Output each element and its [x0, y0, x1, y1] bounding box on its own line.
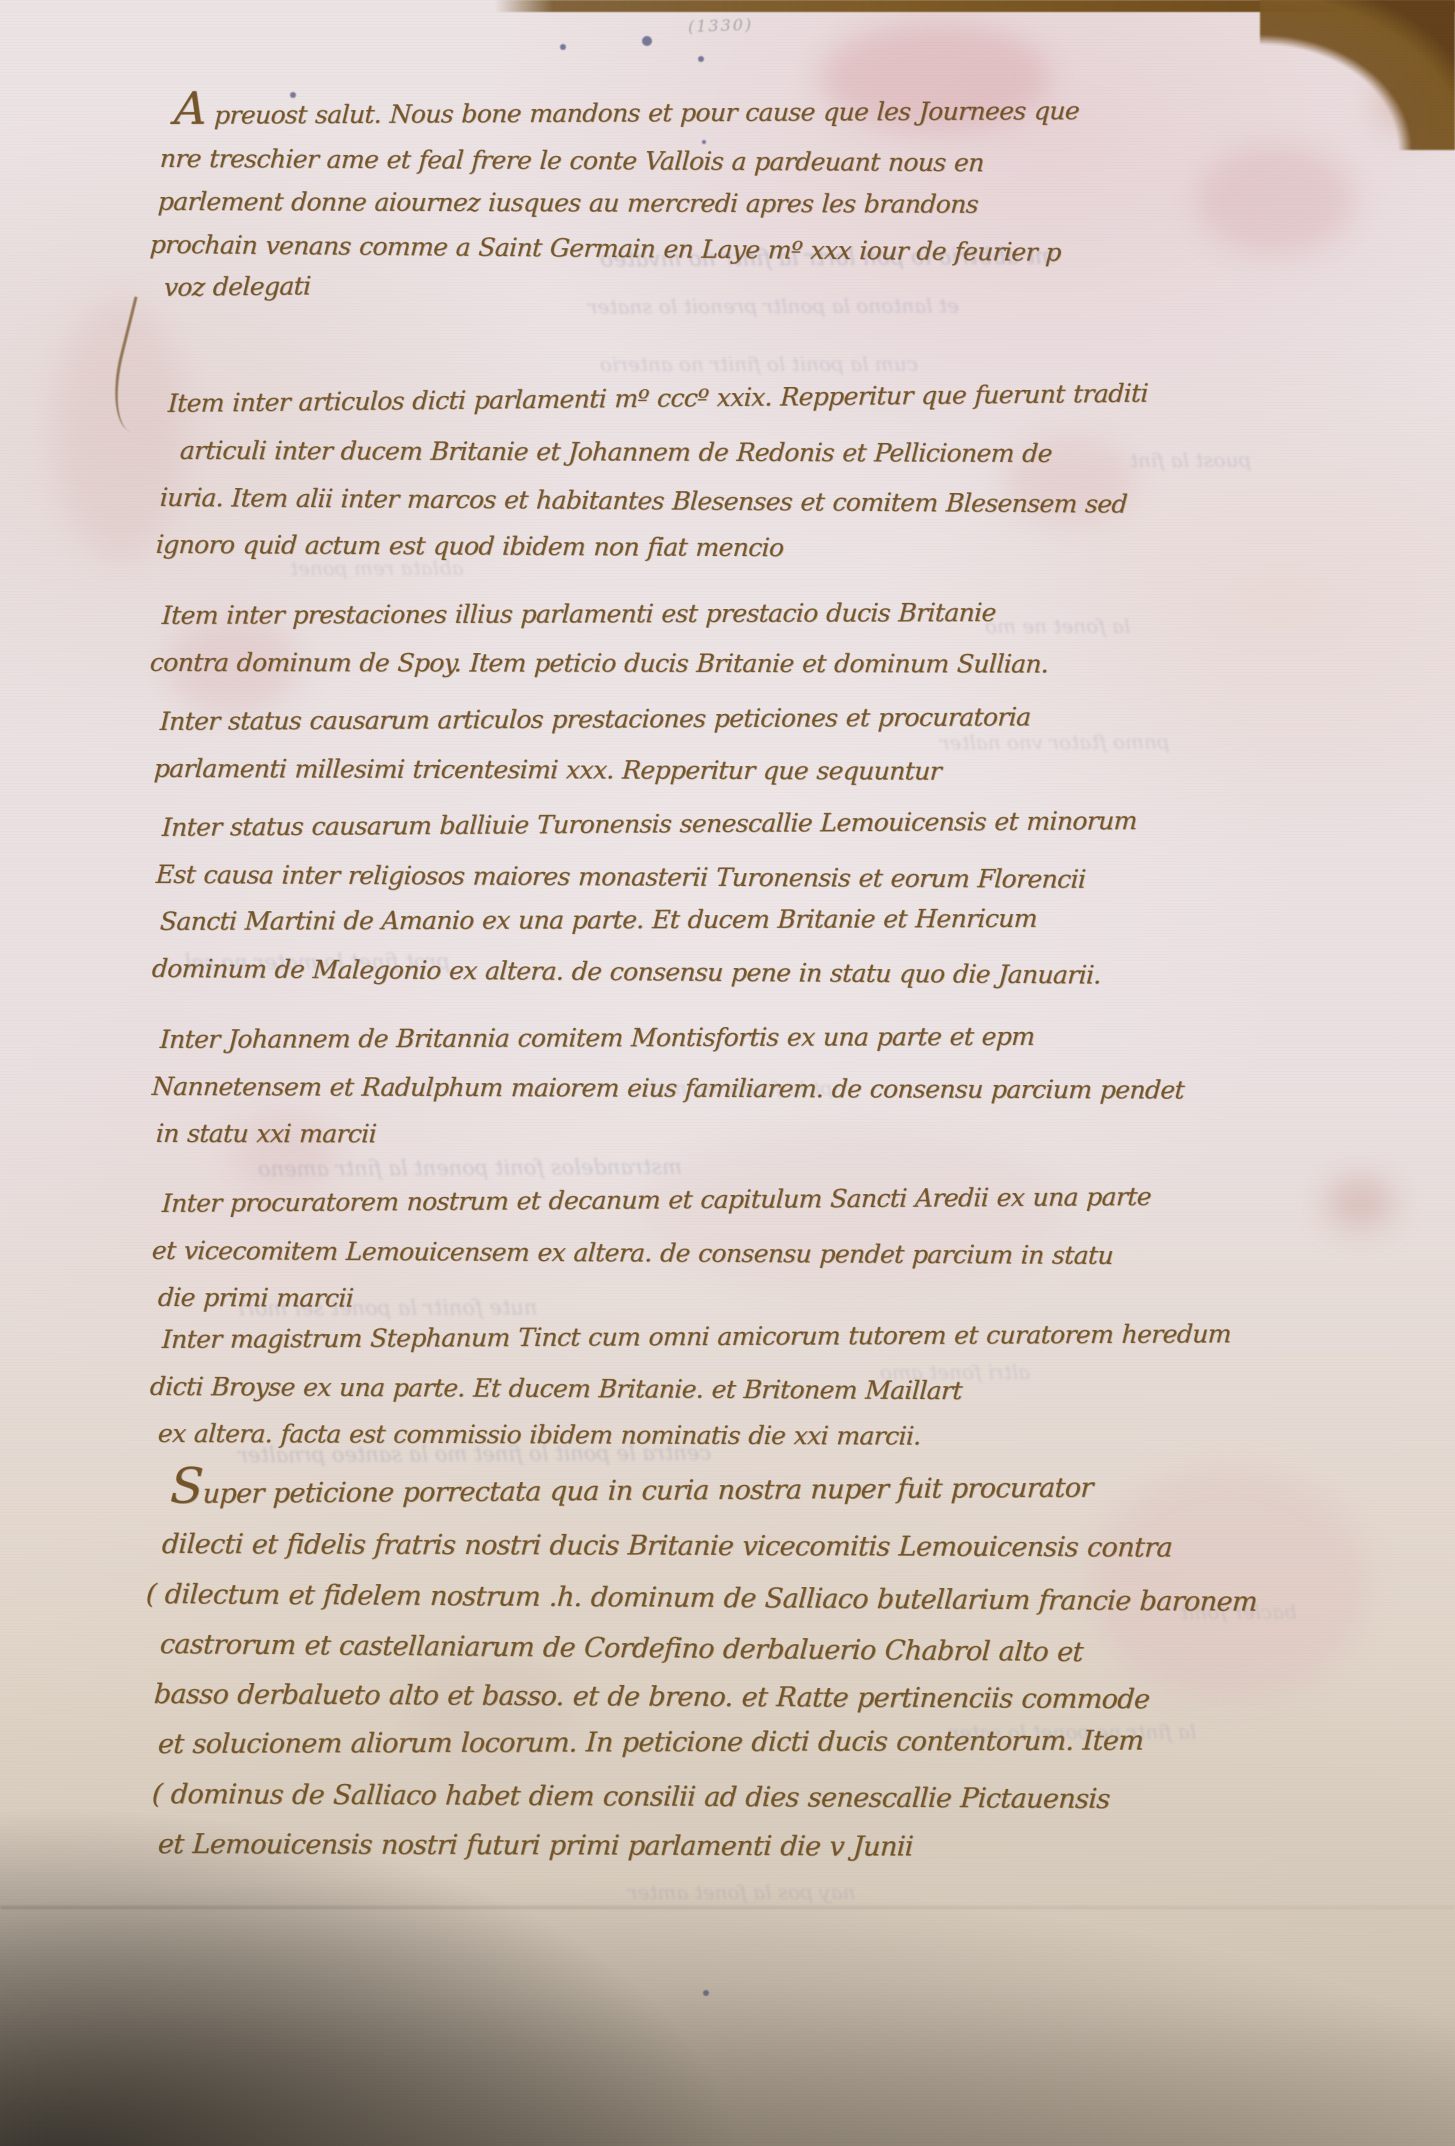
text-line: Inter status causarum balliuie Turonensi… — [161, 797, 1138, 851]
text-line: dicti Broyse ex una parte. Et ducem Brit… — [149, 1363, 1233, 1416]
manuscript-page: mt abbtrio lo pon lortr la fintr no mvat… — [0, 0, 1455, 2146]
paragraph-p8: Inter magistrum Stephanum Tinct cum omni… — [150, 1316, 1231, 1457]
text-line: et Lemouicensis nostri futuri primi parl… — [157, 1820, 1259, 1874]
ink-speck — [698, 56, 704, 62]
text-line: Nannetensem et Radulphum maiorem eius fa… — [151, 1063, 1186, 1114]
parchment-stain — [1325, 1175, 1395, 1230]
text-line: Inter procuratorem nostrum et decanum et… — [161, 1173, 1152, 1227]
horizontal-crease — [0, 1906, 1455, 1909]
ink-speck — [703, 1990, 709, 1996]
paragraph-p7: Inter procuratorem nostrum et decanum et… — [150, 1180, 1151, 1321]
paragraph-p5: Inter status causarum balliuie Turonensi… — [150, 804, 1137, 992]
text-line: Item inter prestaciones illius parlament… — [161, 589, 1050, 639]
text-line: articuli inter ducem Britanie et Johanne… — [179, 427, 1150, 477]
parchment-stain — [1195, 145, 1355, 255]
text-line: Super peticione porrectata qua in curia … — [169, 1462, 1258, 1520]
text-line: in statu xxi marcii — [155, 1110, 1186, 1159]
paragraph-p4: Inter status causarum articulos prestaci… — [150, 698, 1031, 792]
ink-speck — [560, 44, 566, 50]
text-line: A preuost salut. Nous bone mandons et po… — [173, 89, 1080, 137]
ink-speck — [642, 36, 652, 46]
text-line: iuria. Item alii inter marcos et habitan… — [159, 474, 1150, 528]
paragraph-p9: Super peticione porrectata qua in curia … — [152, 1470, 1257, 1870]
verso-showthrough-line: nay pos la fonet amter — [628, 1880, 856, 1904]
text-line: dominum de Malegonio ex altera. de conse… — [151, 945, 1139, 999]
text-line: parlamenti millesimi tricentesimi xxx. R… — [153, 745, 1032, 795]
text-line: Inter status causarum articulos prestaci… — [159, 693, 1032, 745]
text-line: Inter Johannem de Britannia comitem Mont… — [159, 1012, 1185, 1063]
paragraph-p2: Item inter articulos dicti parlamenti mº… — [152, 380, 1148, 568]
text-line: parlement donne aiournez iusques au merc… — [157, 180, 1081, 226]
text-line: contra dominum de Spoy. Item peticio duc… — [149, 639, 1050, 688]
text-line: ( dominus de Salliaco habet diem consili… — [151, 1770, 1259, 1826]
text-line: et vicecomitem Lemouicensem ex altera. d… — [151, 1227, 1153, 1279]
text-line: et solucionem aliorum locorum. In petici… — [157, 1716, 1258, 1770]
pencil-annotation: (1330) — [688, 15, 754, 36]
text-line: nre treschier ame et feal frere le conte… — [159, 137, 1081, 185]
paragraph-p3: Item inter prestaciones illius parlament… — [150, 592, 1048, 686]
text-line: ignoro quid actum est quod ibidem non fi… — [155, 521, 1150, 573]
text-line: voz delegati — [163, 256, 1080, 309]
paragraph-p6: Inter Johannem de Britannia comitem Mont… — [150, 1016, 1184, 1157]
text-line: ex altera. facta est commissio ibidem no… — [157, 1410, 1233, 1461]
text-line: Item inter articulos dicti parlamenti mº… — [167, 370, 1149, 427]
text-line: Inter magistrum Stephanum Tinct cum omni… — [161, 1310, 1232, 1363]
text-line: ( dilectum et fidelem nostrum .h. dominu… — [145, 1570, 1259, 1628]
photo-background-top-right-corner — [1260, 0, 1455, 150]
text-line: Sancti Martini de Amanio ex una parte. E… — [159, 895, 1138, 945]
ink-speck — [290, 92, 296, 98]
ink-speck — [702, 140, 706, 144]
paragraph-p1: A preuost salut. Nous bone mandons et po… — [160, 94, 1079, 309]
photo-background-top-edge — [0, 0, 1455, 12]
text-line: dilecti et fidelis fratris nostri ducis … — [161, 1520, 1259, 1574]
verso-showthrough-line: puost la fint — [1130, 448, 1251, 473]
